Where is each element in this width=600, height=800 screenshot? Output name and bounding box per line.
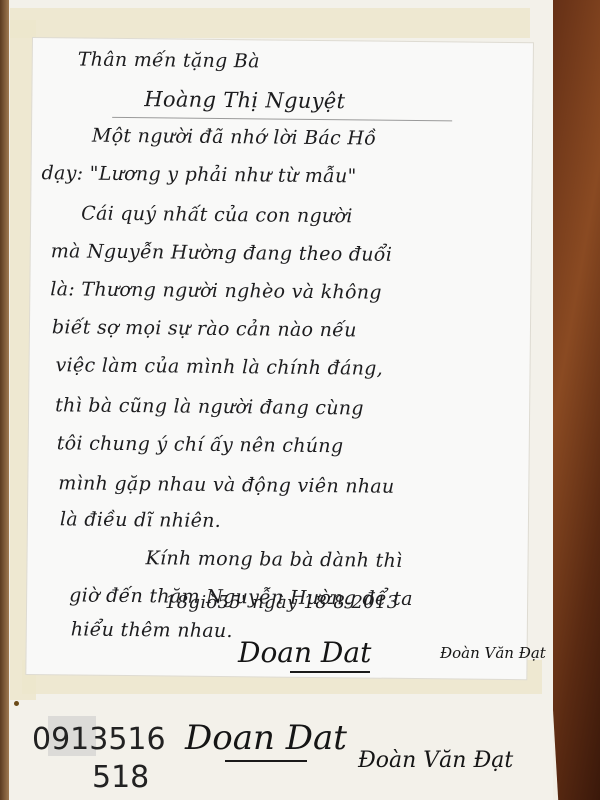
recipient-name: Hoàng Thị Nguyệt [144, 87, 345, 113]
staple-pin [14, 701, 19, 706]
book-spine-edge [0, 0, 9, 800]
body-line-4: mà Nguyễn Hường đang theo đuổi [51, 240, 393, 266]
bottom-signature: Doan Dat [185, 718, 347, 758]
date-time-line: 18giờ55' ngày 18-8-2013 [165, 592, 399, 613]
bottom-signer-name: Đoàn Văn Đạt [358, 748, 513, 773]
greeting-line: Thân mến tặng Bà [78, 48, 260, 72]
bottom-signature-underline [225, 760, 307, 762]
body-line-10: mình gặp nhau và động viên nhau [58, 472, 394, 498]
body-line-8: thì bà cũng là người đang cùng [55, 394, 364, 419]
body-line-14: hiểu thêm nhau. [71, 618, 233, 642]
body-line-7: việc làm của mình là chính đáng, [55, 354, 383, 379]
recipient-underline [112, 117, 452, 122]
body-line-3: Cái quý nhất của con người [81, 203, 353, 228]
body-line-2: dạy: "Lương y phải như từ mẫu" [41, 162, 356, 187]
signature: Doan Dat [238, 636, 371, 669]
signature-underline [290, 671, 370, 673]
tape-strip-top [10, 8, 530, 38]
body-line-5: là: Thương người nghèo và không [50, 278, 382, 303]
signer-name: Đoàn Văn Đạt [440, 644, 546, 662]
body-line-12: Kính mong ba bà dành thì [145, 547, 402, 572]
handwritten-letter-sheet: Thân mến tặng Bà Hoàng Thị Nguyệt Một ng… [26, 38, 533, 679]
body-line-11: là điều dĩ nhiên. [60, 508, 221, 532]
body-line-1: Một người đã nhớ lời Bác Hồ [92, 125, 376, 150]
body-line-9: tôi chung ý chí ấy nên chúng [57, 432, 344, 457]
phone-number-line-2: 518 [92, 760, 149, 795]
body-line-6: biết sợ mọi sự rào cản nào nếu [52, 316, 357, 341]
phone-number-line-1: 0913516 [32, 722, 166, 757]
